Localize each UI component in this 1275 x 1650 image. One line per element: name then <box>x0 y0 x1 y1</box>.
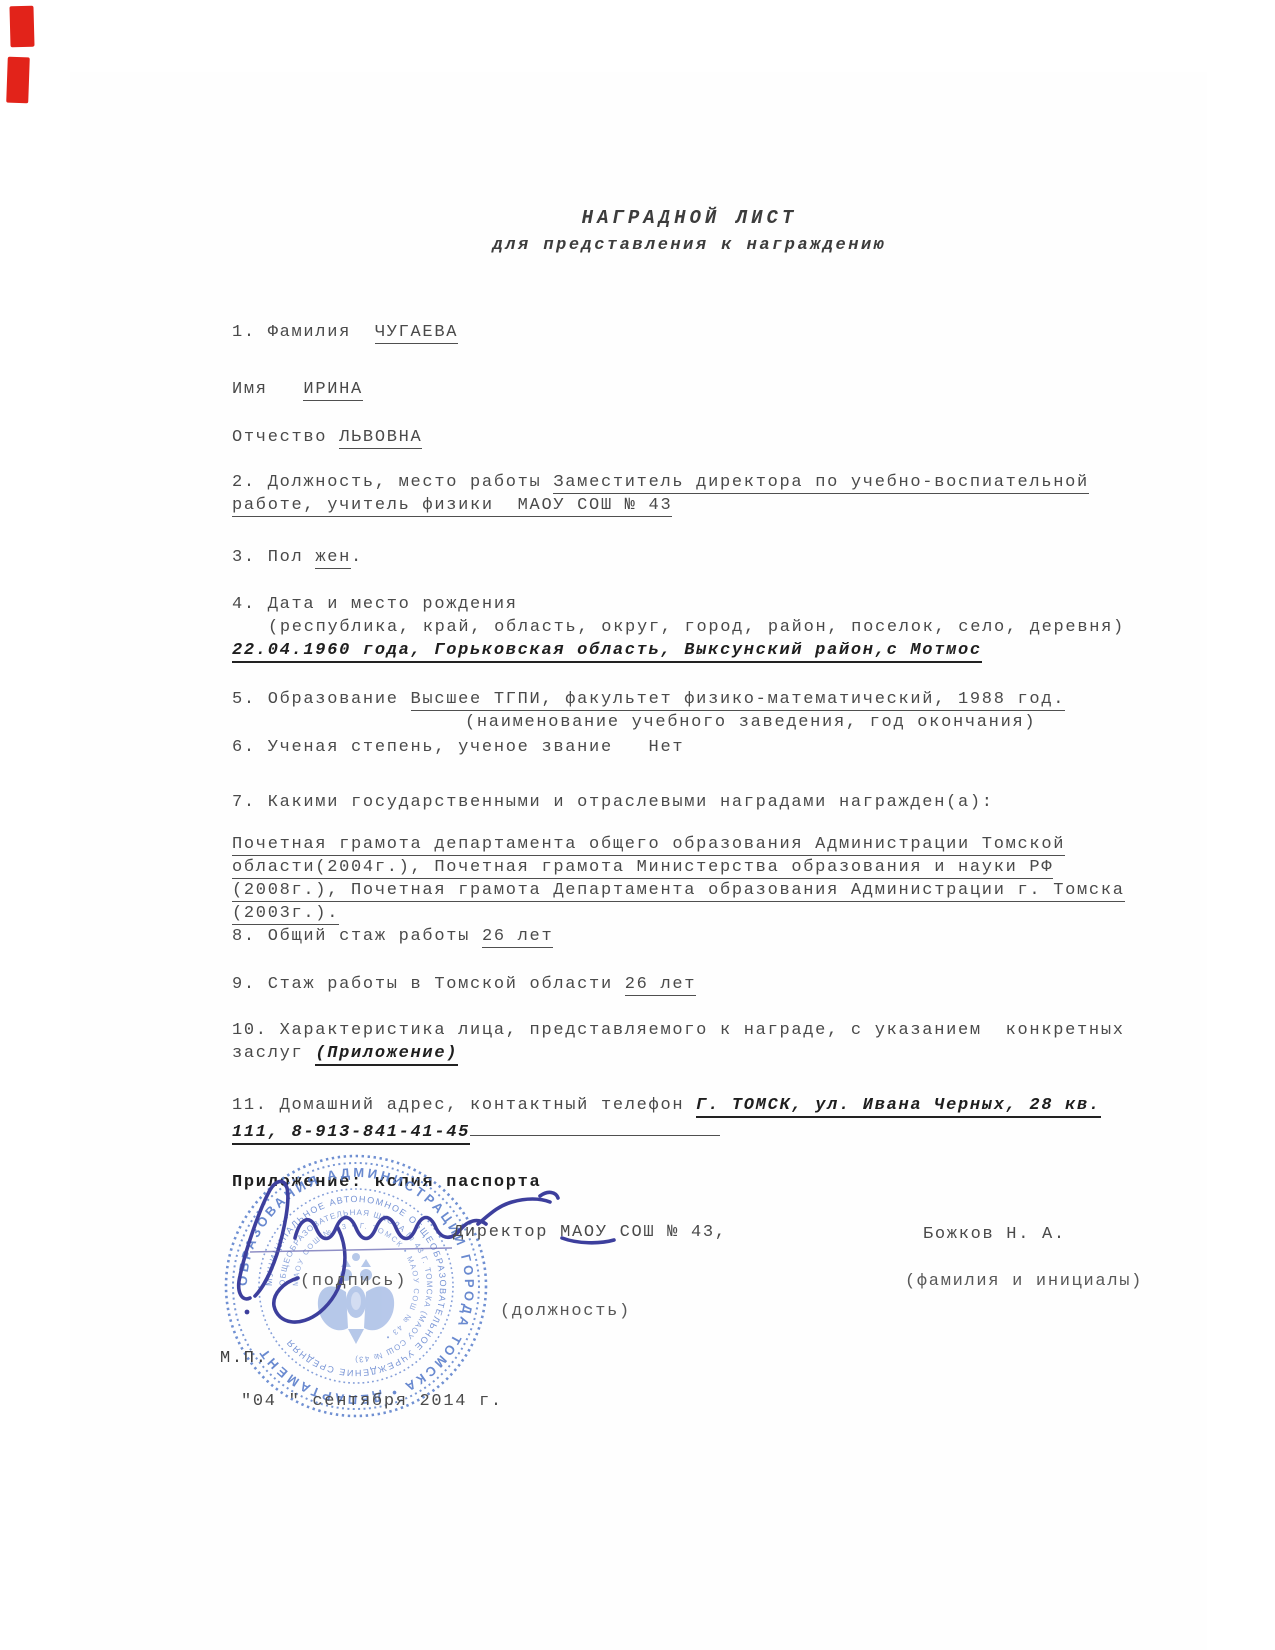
document-line: 5. Образование Высшее ТГПИ, факультет фи… <box>232 688 1147 711</box>
red-scan-artifact <box>6 57 30 104</box>
red-scan-artifact <box>9 6 34 48</box>
position-caption: (должность) <box>500 1300 631 1323</box>
text-segment: (2003г.). <box>232 904 339 925</box>
text-segment: 5. Образование <box>232 690 411 709</box>
text-segment: 2. Должность, место работы <box>232 473 553 492</box>
director-name: Божков Н. А. <box>923 1223 1066 1246</box>
text-segment: ЛЬВОВНА <box>339 428 422 449</box>
text-segment: Почетная грамота департамента общего обр… <box>232 835 1065 856</box>
text-segment: Заместитель директора по учебно-воспиате… <box>553 473 1089 494</box>
name-caption: (фамилия и инициалы) <box>905 1270 1143 1293</box>
title-block: НАГРАДНОЙ ЛИСТ для представления к награ… <box>232 205 1147 259</box>
document-line: 10. Характеристика лица, представляемого… <box>232 1019 1147 1042</box>
document-line: Имя ИРИНА <box>232 378 1147 401</box>
award-sheet-document: НАГРАДНОЙ ЛИСТ для представления к награ… <box>232 205 1147 1194</box>
document-body: 1. Фамилия ЧУГАЕВАИмя ИРИНАОтчество ЛЬВО… <box>232 321 1147 1194</box>
text-segment: 8. Общий стаж работы <box>232 927 482 946</box>
text-segment: (республика, край, область, округ, город… <box>268 618 1125 637</box>
text-segment: 7. Какими государственными и отраслевыми… <box>232 793 994 812</box>
document-line: 1. Фамилия ЧУГАЕВА <box>232 321 1147 344</box>
text-segment: Имя <box>232 380 303 399</box>
text-segment: (2008г.), Почетная грамота Департамента … <box>232 881 1125 902</box>
paragraph: 1. Фамилия ЧУГАЕВА <box>232 321 1147 344</box>
text-segment: 9. Стаж работы в Томской области <box>232 975 625 994</box>
document-line: (республика, край, область, округ, город… <box>232 616 1147 639</box>
paragraph: 6. Ученая степень, ученое звание Нет <box>232 736 1147 759</box>
text-segment: (Приложение) <box>315 1044 458 1066</box>
document-line: Отчество ЛЬВОВНА <box>232 426 1147 449</box>
paragraph: 11. Домашний адрес, контактный телефон Г… <box>232 1094 1147 1144</box>
text-segment: 3. Пол <box>232 548 315 567</box>
text-segment: 26 лет <box>482 927 553 948</box>
paragraph: 4. Дата и место рождения(республика, кра… <box>232 593 1147 662</box>
text-segment: ЧУГАЕВА <box>375 323 458 344</box>
document-line: Почетная грамота департамента общего обр… <box>232 833 1147 856</box>
text-segment: Отчество <box>232 428 339 447</box>
document-line: 9. Стаж работы в Томской области 26 лет <box>232 973 1147 996</box>
text-segment: области(2004г.), Почетная грамота Минист… <box>232 858 1053 879</box>
paragraph: 7. Какими государственными и отраслевыми… <box>232 791 1147 814</box>
paragraph: Имя ИРИНА <box>232 378 1147 401</box>
document-line: 2. Должность, место работы Заместитель д… <box>232 471 1147 494</box>
text-segment: 1. Фамилия <box>232 323 375 342</box>
paragraph: 9. Стаж работы в Томской области 26 лет <box>232 973 1147 996</box>
document-line: (2008г.), Почетная грамота Департамента … <box>232 879 1147 902</box>
document-line: заслуг (Приложение) <box>232 1042 1147 1065</box>
date-line: "04 " сентября 2014 г. <box>241 1390 503 1413</box>
document-line: 4. Дата и место рождения <box>232 593 1147 616</box>
page-subtitle: для представления к награждению <box>232 232 1147 259</box>
text-segment: (наименование учебного заведения, год ок… <box>465 713 1036 732</box>
paragraph: 3. Пол жен. <box>232 546 1147 569</box>
text-segment: Высшее ТГПИ, факультет физико-математиче… <box>411 690 1066 711</box>
document-line: 11. Домашний адрес, контактный телефон Г… <box>232 1094 1147 1117</box>
paragraph: Отчество ЛЬВОВНА <box>232 426 1147 449</box>
document-line: 6. Ученая степень, ученое звание Нет <box>232 736 1147 759</box>
text-segment <box>470 1117 720 1136</box>
text-segment: . <box>351 548 363 567</box>
text-segment: работе, учитель физики МАОУ СОШ № 43 <box>232 496 672 517</box>
document-line: 3. Пол жен. <box>232 546 1147 569</box>
text-segment: 26 лет <box>625 975 696 996</box>
document-line: области(2004г.), Почетная грамота Минист… <box>232 856 1147 879</box>
signature-caption: (подпись) <box>300 1270 407 1293</box>
handwritten-signature <box>225 1140 645 1370</box>
text-segment: ИРИНА <box>303 380 363 401</box>
text-segment: 10. Характеристика лица, представляемого… <box>232 1021 1125 1040</box>
document-line: (2003г.). <box>232 902 1147 925</box>
paragraph: Почетная грамота департамента общего обр… <box>232 833 1147 948</box>
paragraph: 5. Образование Высшее ТГПИ, факультет фи… <box>232 688 1147 734</box>
document-line: 7. Какими государственными и отраслевыми… <box>232 791 1147 814</box>
paragraph: 2. Должность, место работы Заместитель д… <box>232 471 1147 517</box>
text-segment: 22.04.1960 года, Горьковская область, Вы… <box>232 641 982 663</box>
text-segment: заслуг <box>232 1044 315 1063</box>
text-segment: 6. Ученая степень, ученое звание Нет <box>232 738 684 757</box>
document-line: (наименование учебного заведения, год ок… <box>232 711 1147 734</box>
document-line: 22.04.1960 года, Горьковская область, Вы… <box>232 639 1147 662</box>
text-segment: жен <box>315 548 351 569</box>
page-title: НАГРАДНОЙ ЛИСТ <box>232 205 1147 232</box>
text-segment: Г. ТОМСК, ул. Ивана Черных, 28 кв. <box>696 1096 1101 1118</box>
paragraph: 10. Характеристика лица, представляемого… <box>232 1019 1147 1065</box>
seal-caption: М.П. <box>220 1347 268 1370</box>
director-position-label: Директор МАОУ СОШ № 43, <box>453 1221 727 1244</box>
text-segment: 4. Дата и место рождения <box>232 595 518 614</box>
document-line: 8. Общий стаж работы 26 лет <box>232 925 1147 948</box>
text-segment: 11. Домашний адрес, контактный телефон <box>232 1096 696 1115</box>
document-line: работе, учитель физики МАОУ СОШ № 43 <box>232 494 1147 517</box>
